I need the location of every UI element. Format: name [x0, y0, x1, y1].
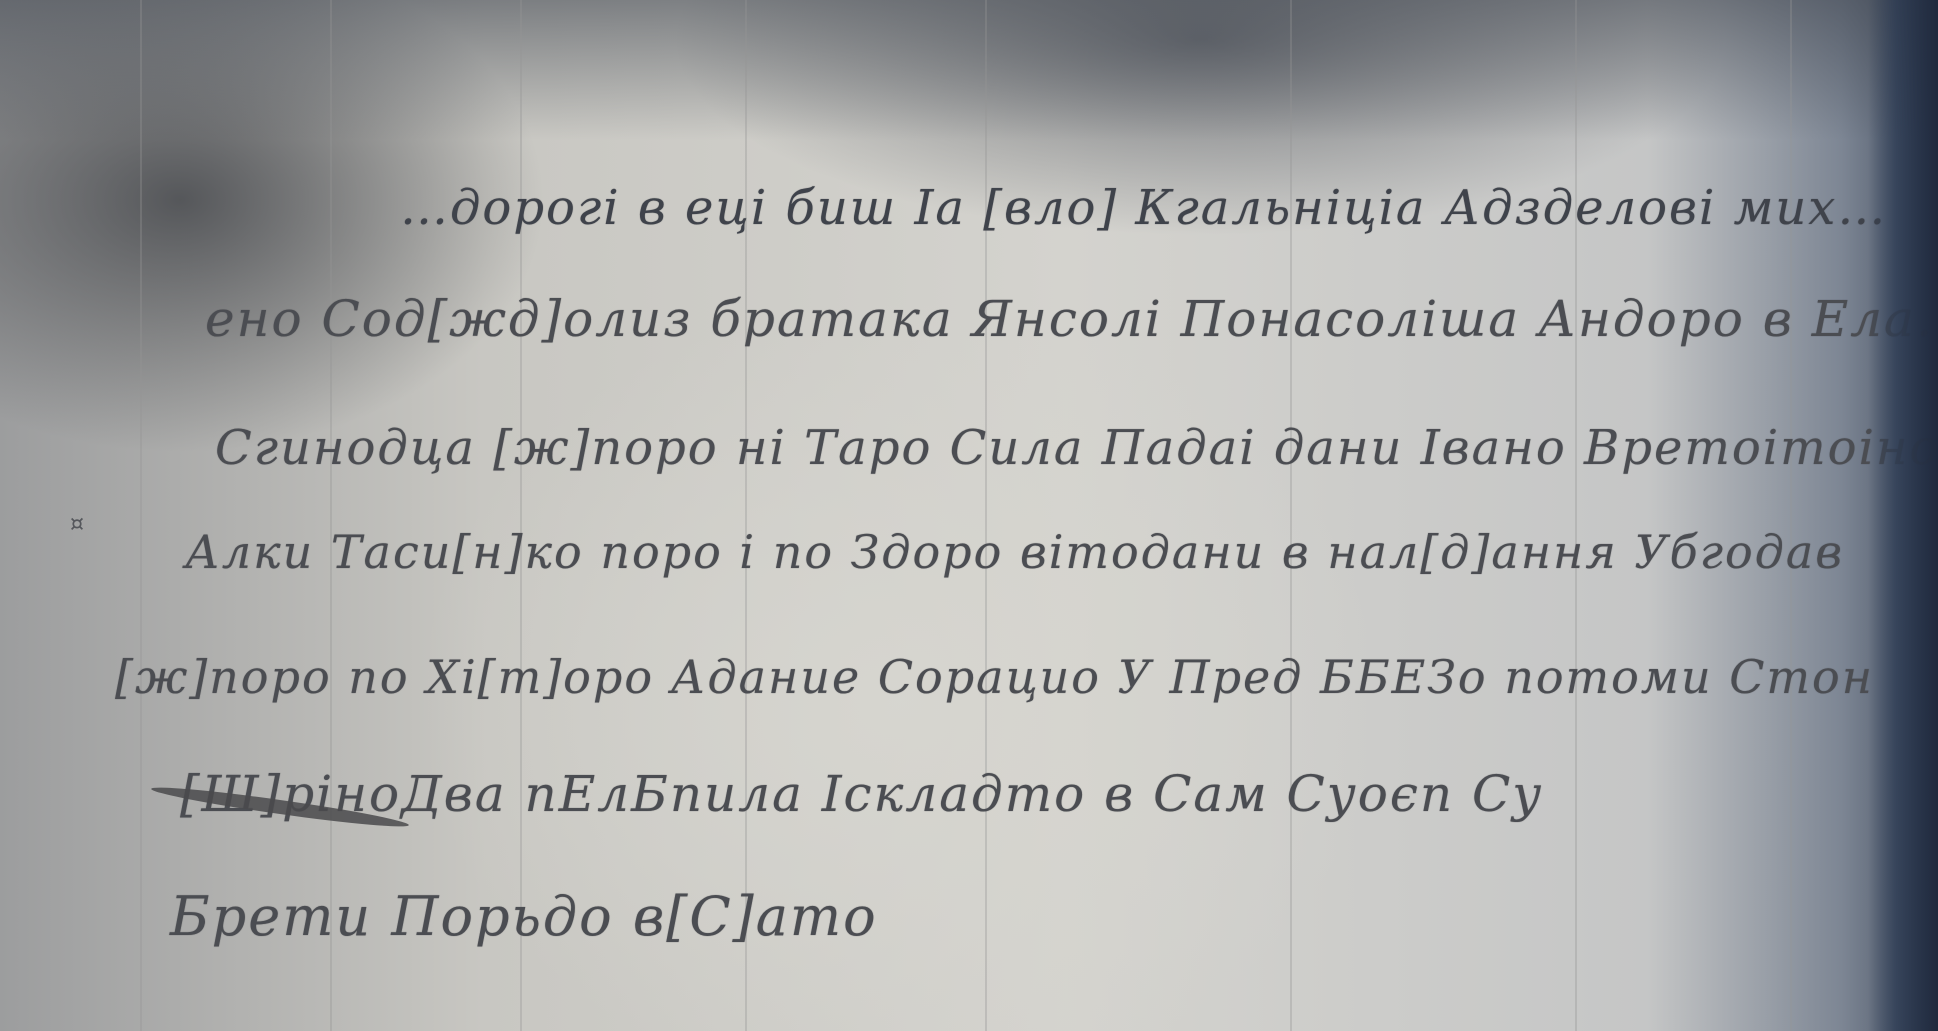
top-shadow — [0, 0, 1938, 140]
manuscript-line-7: Брети Порьдо в[С]ато — [170, 885, 878, 948]
paper-rule-line — [140, 0, 142, 1031]
manuscript-line-1: …дорогі в еці биш Іа [вло] Кгальніціа Ад… — [400, 180, 1887, 236]
binding-shadow-edge — [1868, 0, 1938, 1031]
manuscript-line-2: ено Сод[жд]олиз братака Янсолі Понасоліш… — [205, 290, 1938, 348]
paper-rule-line — [745, 0, 747, 1031]
paper-rule-line — [1290, 0, 1292, 1031]
manuscript-line-4: Алки Таси[н]ко поро і по Здоро вітодани … — [185, 525, 1844, 579]
manuscript-line-5: [ж]поро по Хі[т]оро Адание Сорацио У Пре… — [115, 650, 1874, 704]
manuscript-photo: ¤ …дорогі в еці биш Іа [вло] Кгальніціа … — [0, 0, 1938, 1031]
manuscript-line-6: [Ш]ріноДва пЕлБпила Іскладто в Сам Суоєп… — [180, 765, 1543, 823]
paper-rule-line — [985, 0, 987, 1031]
margin-mark: ¤ — [70, 512, 84, 537]
manuscript-line-3: Сгинодца [ж]поро ні Таро Сила Падаі дани… — [215, 420, 1938, 476]
paper-rule-line — [1790, 0, 1792, 1031]
paper-rule-line — [520, 0, 522, 1031]
paper-rule-line — [1575, 0, 1577, 1031]
paper-rule-line — [330, 0, 332, 1031]
